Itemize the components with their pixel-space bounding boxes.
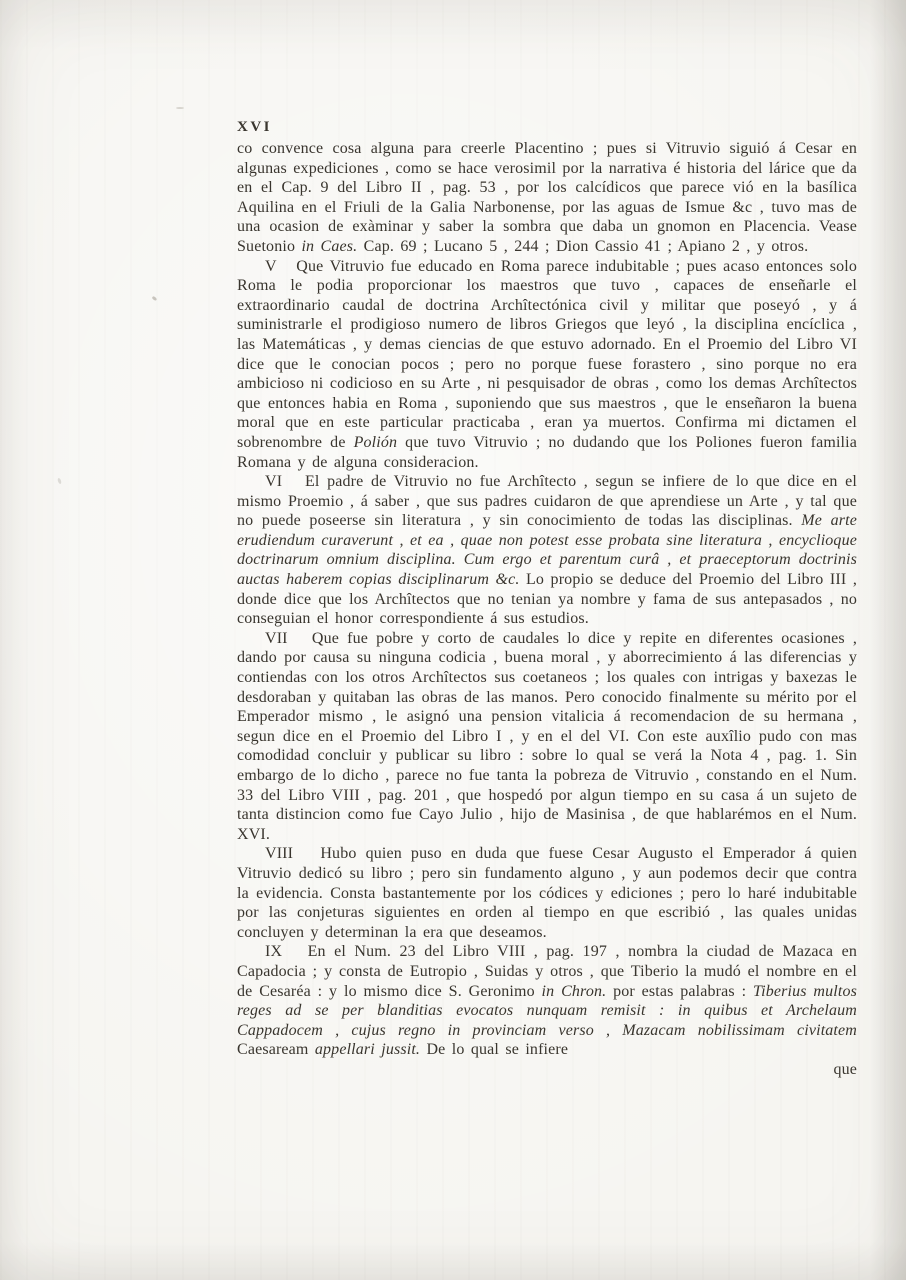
paragraph-vii: VII Que fue pobre y corto de caudales lo… [237, 629, 857, 845]
page-content: XVI co convence cosa alguna para creerle… [237, 119, 857, 1080]
text-segment: VII Que fue pobre y corto de caudales lo… [237, 630, 857, 843]
text-segment: De lo qual se infiere [420, 1041, 568, 1058]
book-page: XVI co convence cosa alguna para creerle… [0, 0, 906, 1280]
text-block: co convence cosa alguna para creerle Pla… [237, 139, 857, 1060]
text-segment: V Que Vitruvio fue educado en Roma parec… [237, 258, 857, 451]
text-segment-italic: in Chron. [542, 983, 607, 1000]
text-segment: Caesaream [237, 1041, 309, 1058]
text-segment: VI El padre de Vitruvio no fue Archîtect… [237, 473, 857, 529]
text-segment-italic: Polión [354, 434, 398, 451]
text-segment-italic: in Caes. [301, 238, 357, 255]
paragraph-iv-continuation: co convence cosa alguna para creerle Pla… [237, 139, 857, 257]
paragraph-vi: VI El padre de Vitruvio no fue Archîtect… [237, 472, 857, 629]
catchword: que [237, 1060, 857, 1080]
scan-speck [152, 296, 158, 301]
text-segment: por estas palabras : [606, 983, 753, 1000]
scan-speck [176, 107, 184, 109]
paragraph-v: V Que Vitruvio fue educado en Roma parec… [237, 257, 857, 473]
text-segment-italic: appellari jussit. [309, 1041, 421, 1058]
scan-speck [57, 478, 62, 485]
paragraph-viii: VIII Hubo quien puso en duda que fuese C… [237, 844, 857, 942]
paragraph-ix: IX En el Num. 23 del Libro VIII , pag. 1… [237, 942, 857, 1060]
text-segment: Cap. 69 ; Lucano 5 , 244 ; Dion Cassio 4… [357, 238, 808, 255]
page-number: XVI [237, 119, 857, 135]
text-segment: VIII Hubo quien puso en duda que fuese C… [237, 845, 857, 940]
